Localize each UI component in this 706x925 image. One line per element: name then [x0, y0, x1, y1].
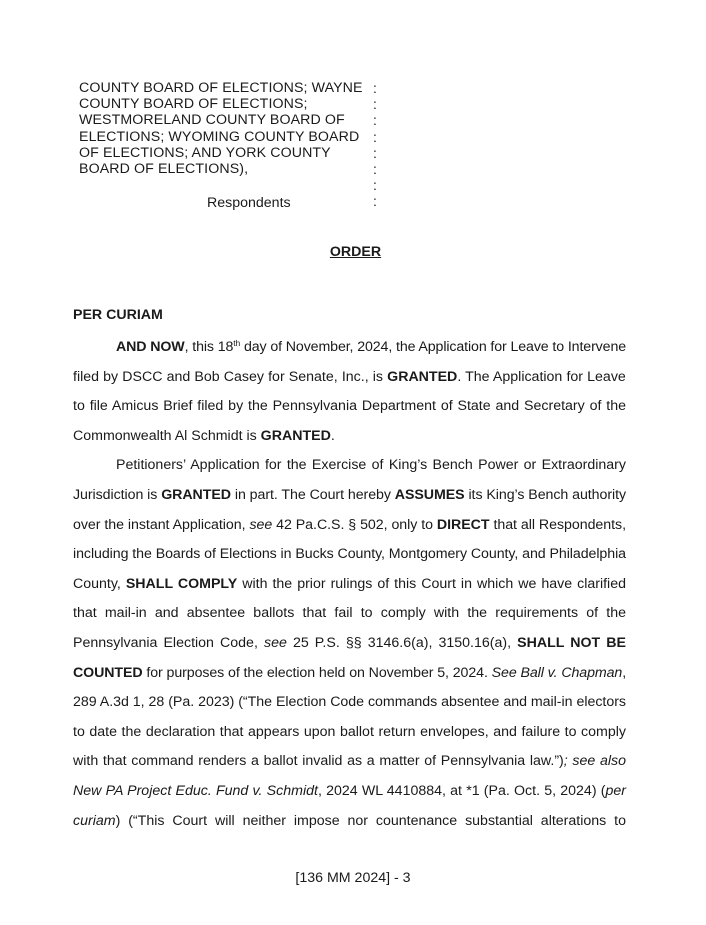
- italic-text: see: [249, 517, 272, 533]
- text: 25 P.S. §§ 3146.6(a), 3150.16(a),: [287, 635, 517, 651]
- bold-text: AND NOW: [116, 339, 185, 355]
- text: County,: [73, 576, 126, 592]
- text: 42 Pa.C.S. § 502, only to: [272, 517, 437, 533]
- body-line: including the Boards of Elections in Buc…: [73, 540, 626, 570]
- text: that all Respondents,: [490, 517, 626, 533]
- bold-text: ASSUMES: [395, 487, 465, 503]
- colon: :: [373, 129, 383, 145]
- body-line: that mail-in and absentee ballots that f…: [73, 599, 626, 629]
- bold-text: GRANTED: [387, 369, 457, 385]
- body-line: Pennsylvania Election Code, see 25 P.S. …: [73, 629, 626, 659]
- text: . The Application for Leave: [457, 369, 626, 385]
- text: ) (“This Court will neither impose nor c…: [116, 813, 626, 829]
- colon: :: [373, 96, 383, 112]
- text: .: [331, 428, 335, 444]
- caption-line: COUNTY BOARD OF ELECTIONS;: [79, 96, 369, 112]
- body-line: 289 A.3d 1, 28 (Pa. 2023) (“The Election…: [73, 688, 626, 718]
- text: its King’s Bench authority: [465, 487, 626, 503]
- bold-text: DIRECT: [437, 517, 490, 533]
- text: with the prior rulings of this Court in …: [237, 576, 626, 592]
- order-title: ORDER: [0, 243, 706, 261]
- body-line: to date the declaration that appears upo…: [73, 718, 626, 748]
- text: ,: [622, 665, 626, 681]
- colon: :: [373, 112, 383, 128]
- colon: :: [373, 177, 383, 193]
- body-line: COUNTED for purposes of the election hel…: [73, 659, 626, 689]
- italic-text: New PA Project Educ. Fund v. Schmidt: [73, 783, 318, 799]
- text: Pennsylvania Election Code,: [73, 635, 264, 651]
- body-line: Petitioners’ Application for the Exercis…: [73, 451, 626, 481]
- text: filed by DSCC and Bob Casey for Senate, …: [73, 369, 387, 385]
- text: , this 18: [185, 339, 234, 355]
- order-body: AND NOW, this 18th day of November, 2024…: [73, 333, 626, 836]
- bold-text: GRANTED: [261, 428, 331, 444]
- bold-text: SHALL NOT BE: [517, 635, 626, 651]
- colon: :: [373, 80, 383, 96]
- italic-text: curiam: [73, 813, 116, 829]
- per-curiam-heading: PER CURIAM: [73, 307, 163, 323]
- body-line: AND NOW, this 18th day of November, 2024…: [73, 333, 626, 363]
- italic-text: per: [605, 783, 626, 799]
- bold-text: GRANTED: [161, 487, 231, 503]
- caption-line: OF ELECTIONS; AND YORK COUNTY: [79, 145, 369, 161]
- case-caption: COUNTY BOARD OF ELECTIONS; WAYNE COUNTY …: [79, 80, 369, 177]
- page-footer: [136 MM 2024] - 3: [0, 870, 706, 886]
- colon: :: [373, 161, 383, 177]
- caption-line: COUNTY BOARD OF ELECTIONS; WAYNE: [79, 80, 369, 96]
- body-line: over the instant Application, see 42 Pa.…: [73, 511, 626, 541]
- order-heading: ORDER: [325, 244, 381, 260]
- body-line: to file Amicus Brief filed by the Pennsy…: [73, 392, 626, 422]
- body-line: Commonwealth Al Schmidt is GRANTED.: [73, 422, 626, 452]
- body-line: Jurisdiction is GRANTED in part. The Cou…: [73, 481, 626, 511]
- colon: :: [373, 145, 383, 161]
- caption-colon-column: : : : : : : : :: [373, 80, 383, 210]
- text: in part. The Court hereby: [231, 487, 395, 503]
- text: day of November, 2024, the Application f…: [240, 339, 626, 355]
- text: with that command renders a ballot inval…: [73, 753, 564, 769]
- body-line: County, SHALL COMPLY with the prior ruli…: [73, 570, 626, 600]
- italic-text: ; see also: [564, 753, 626, 769]
- caption-line: ELECTIONS; WYOMING COUNTY BOARD: [79, 129, 369, 145]
- italic-text: See Ball v. Chapman: [492, 665, 623, 681]
- caption-line: WESTMORELAND COUNTY BOARD OF: [79, 112, 369, 128]
- text: Jurisdiction is: [73, 487, 161, 503]
- italic-text: see: [264, 635, 287, 651]
- text: over the instant Application,: [73, 517, 249, 533]
- body-line: filed by DSCC and Bob Casey for Senate, …: [73, 363, 626, 393]
- body-line: with that command renders a ballot inval…: [73, 747, 626, 777]
- text: , 2024 WL 4410884, at *1 (Pa. Oct. 5, 20…: [318, 783, 606, 799]
- text: Commonwealth Al Schmidt is: [73, 428, 261, 444]
- text: for purposes of the election held on Nov…: [143, 665, 492, 681]
- body-line: New PA Project Educ. Fund v. Schmidt, 20…: [73, 777, 626, 807]
- bold-text: SHALL COMPLY: [126, 576, 237, 592]
- bold-text: COUNTED: [73, 665, 143, 681]
- body-line: curiam) (“This Court will neither impose…: [73, 807, 626, 837]
- respondents-label: Respondents: [207, 195, 291, 211]
- caption-line: BOARD OF ELECTIONS),: [79, 161, 369, 177]
- colon: :: [373, 193, 383, 209]
